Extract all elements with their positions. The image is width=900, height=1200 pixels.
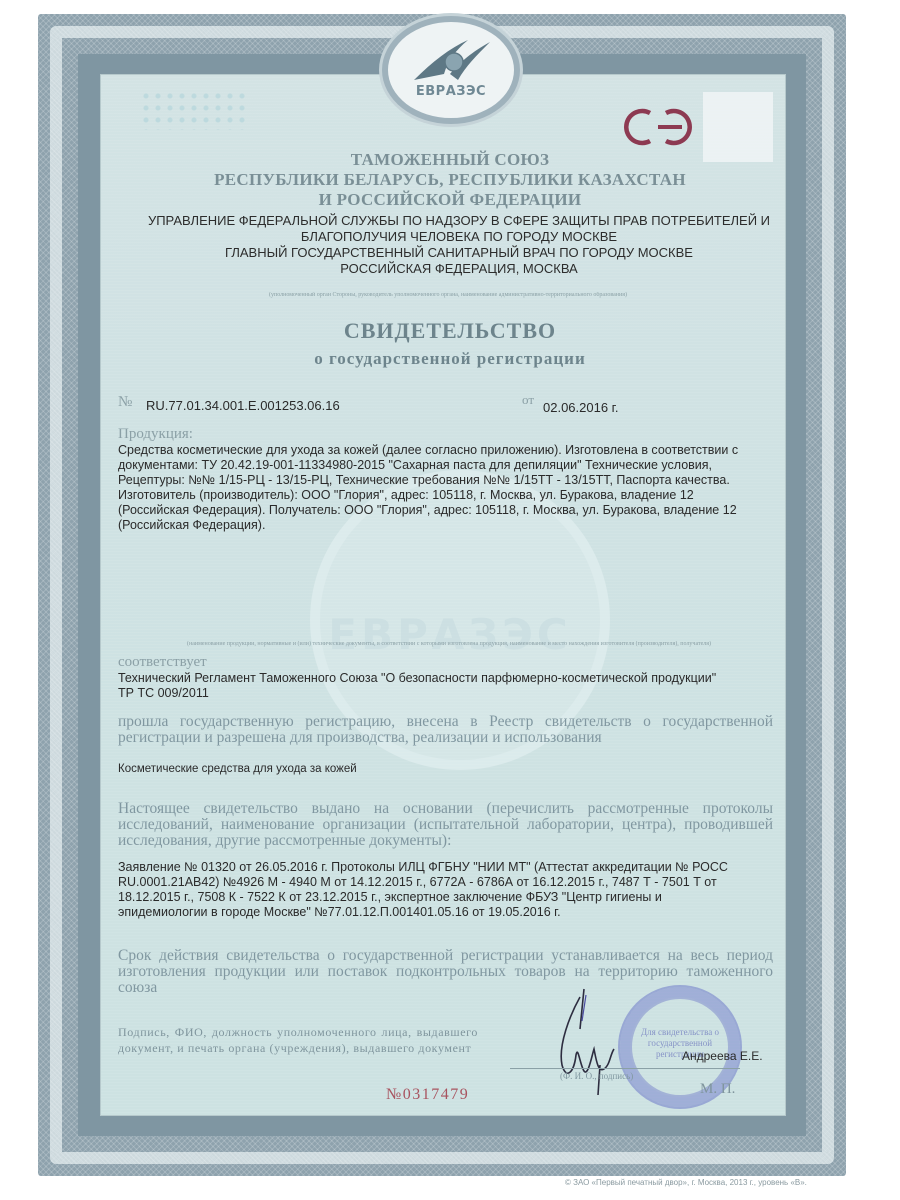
eurasec-logo-icon	[410, 36, 492, 82]
emblem-label: ЕВРАЗЭС	[388, 84, 514, 99]
registration-date: 02.06.2016 г.	[543, 400, 663, 416]
usage-area: Косметические средства для ухода за коже…	[118, 762, 788, 778]
regulation-line-1: Технический Регламент Таможенного Союза …	[118, 671, 788, 687]
authority-line-1: УПРАВЛЕНИЕ ФЕДЕРАЛЬНОЙ СЛУЖБЫ ПО НАДЗОРУ…	[114, 213, 804, 229]
authority-caption: (уполномоченный орган Стороны, руководит…	[118, 292, 778, 298]
product-line-1: Средства косметические для ухода за коже…	[118, 443, 788, 459]
conformity-mark-icon	[616, 103, 696, 151]
printer-footer: © ЗАО «Первый печатный двор», г. Москва,…	[565, 1178, 807, 1187]
hologram-pattern	[140, 90, 250, 130]
union-title-line-2: РЕСПУБЛИКИ БЕЛАРУСЬ, РЕСПУБЛИКИ КАЗАХСТА…	[130, 170, 770, 190]
union-title-line-3: И РОССИЙСКОЙ ФЕДЕРАЦИИ	[130, 190, 770, 210]
number-label: №	[118, 394, 132, 411]
product-caption: (наименование продукции, нормативные и (…	[118, 641, 780, 647]
signatory-caption: (Ф. И. О., подпись)	[560, 1071, 633, 1081]
eurasec-emblem: ЕВРАЗЭС	[382, 16, 520, 124]
basis-line-3: 18.12.2015 г., 7508 К - 7522 К от 23.12.…	[118, 890, 788, 906]
watermark-label: ЕВРАЗЭС	[300, 610, 600, 659]
product-line-3: Рецептуры: №№ 1/15-РЦ - 13/15-РЦ, Технич…	[118, 473, 788, 489]
product-line-5: (Российская Федерация). Получатель: ООО …	[118, 503, 788, 519]
product-line-2: документами: ТУ 20.42.19-001-11334980-20…	[118, 458, 788, 474]
basis-line-1: Заявление № 01320 от 26.05.2016 г. Прото…	[118, 860, 788, 876]
conforms-label: соответствует	[118, 654, 207, 671]
certificate-subtitle: о государственной регистрации	[130, 349, 770, 369]
union-title-line-1: ТАМОЖЕННЫЙ СОЮЗ	[130, 150, 770, 170]
authority-line-3: ГЛАВНЫЙ ГОСУДАРСТВЕННЫЙ САНИТАРНЫЙ ВРАЧ …	[114, 245, 804, 261]
product-line-4: Изготовитель (производитель): ООО "Глори…	[118, 488, 788, 504]
basis-statement: Настоящее свидетельство выдано на основа…	[118, 801, 773, 849]
authority-line-4: РОССИЙСКАЯ ФЕДЕРАЦИЯ, МОСКВА	[114, 261, 804, 277]
authority-line-2: БЛАГОПОЛУЧИЯ ЧЕЛОВЕКА ПО ГОРОДУ МОСКВЕ	[114, 229, 804, 245]
regulation-line-2: ТР ТС 009/2011	[118, 686, 788, 702]
product-label: Продукция:	[118, 426, 193, 443]
signatory-name: Андреева Е.Е.	[682, 1049, 782, 1065]
product-line-6: (Российская Федерация).	[118, 518, 788, 534]
basis-line-2: RU.0001.21АВ42) №4926 М - 4940 М от 14.1…	[118, 875, 788, 891]
seal-label: М. П.	[700, 1081, 735, 1098]
signature-caption: Подпись, ФИО, должность уполномоченного …	[118, 1024, 478, 1056]
form-serial-number: №0317479	[386, 1086, 469, 1104]
registration-number: RU.77.01.34.001.E.001253.06.16	[146, 398, 446, 414]
basis-line-4: эпидемиологии в городе Москве" №77.01.12…	[118, 905, 788, 921]
signature-line	[510, 1068, 740, 1069]
certificate-title: СВИДЕТЕЛЬСТВО	[130, 318, 770, 344]
date-label: от	[522, 392, 534, 408]
registration-statement: прошла государственную регистрацию, внес…	[118, 714, 773, 746]
